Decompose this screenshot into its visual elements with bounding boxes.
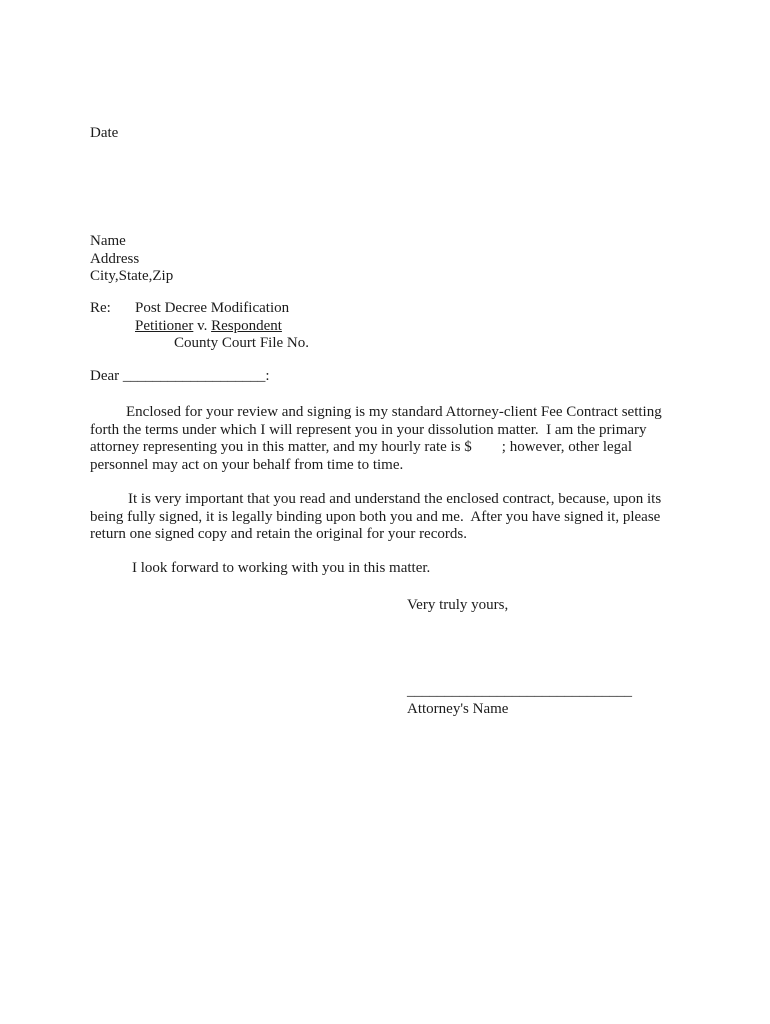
body-paragraph-look-forward: I look forward to working with you in th…: [90, 560, 690, 578]
petitioner-placeholder: Petitioner: [135, 318, 193, 334]
re-parties-line: Petitioner v. Respondent: [90, 318, 309, 336]
signature-rule-line: ______________________________: [407, 683, 632, 701]
county-court-file-line: County Court File No.: [90, 335, 309, 353]
body-paragraph-enclosed-contract: Enclosed for your review and signing is …: [90, 404, 690, 474]
versus-text: v.: [193, 318, 211, 334]
letter-document-page: Date Name Address City,State,Zip Re:Post…: [0, 0, 770, 1024]
salutation-line: Dear ___________________:: [90, 368, 270, 386]
closing-valediction: Very truly yours,: [407, 597, 508, 615]
body-paragraph-important-notice: It is very important that you read and u…: [90, 491, 690, 544]
date-placeholder: Date: [90, 125, 118, 143]
re-subject-block: Re:Post Decree Modification Petitioner v…: [90, 300, 309, 353]
re-subject-text: Post Decree Modification: [135, 300, 289, 316]
respondent-placeholder: Respondent: [211, 318, 282, 334]
signature-block: ______________________________ Attorney'…: [407, 683, 632, 718]
re-subject-line: Re:Post Decree Modification: [90, 300, 309, 318]
attorney-name-label: Attorney's Name: [407, 701, 632, 719]
recipient-address-block: Name Address City,State,Zip: [90, 233, 173, 286]
re-label: Re:: [90, 300, 135, 318]
